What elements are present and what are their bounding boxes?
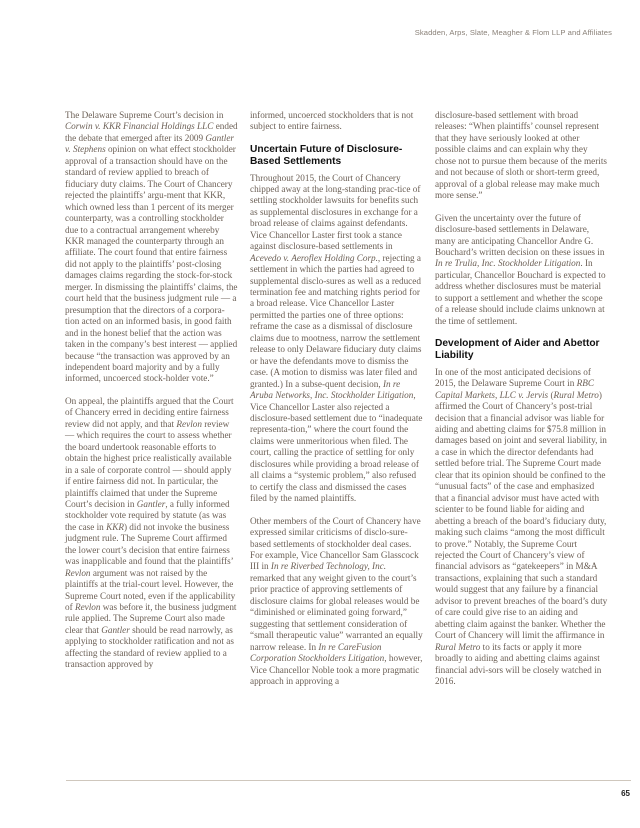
text-run: Given the uncertainty over the future of… <box>435 213 604 257</box>
text-run: Throughout 2015, the Court of Chancery c… <box>250 173 420 252</box>
text-run: opinion on what effect stockholder appro… <box>65 144 238 383</box>
paragraph: Throughout 2015, the Court of Chancery c… <box>250 173 423 505</box>
case-name: In re Trulia, Inc. Stockholder Litigatio… <box>435 258 580 268</box>
paragraph: disclosure-based settlement with broad r… <box>435 110 608 202</box>
case-name: In re Riverbed Technology, Inc. <box>271 561 386 571</box>
case-name: Rural Metro <box>554 390 599 400</box>
text-run: , rejecting a settlement in which the pa… <box>250 253 421 389</box>
article-body: The Delaware Supreme Court’s decision in… <box>65 110 621 698</box>
case-name: Rural Metro <box>435 642 480 652</box>
text-run: review — which requires the court to ass… <box>65 419 232 509</box>
paragraph: In one of the most anticipated decisions… <box>435 367 608 688</box>
case-name: Revlon <box>176 419 202 429</box>
section-heading: Development of Aider and Abettor Liabili… <box>435 338 608 362</box>
text-run: remarked that any weight given to the co… <box>250 573 423 652</box>
text-run: In one of the most anticipated decisions… <box>435 367 591 388</box>
case-name: KKR <box>106 522 124 532</box>
paragraph: Given the uncertainty over the future of… <box>435 213 608 328</box>
column-middle: informed, uncoerced stockholders that is… <box>250 110 423 698</box>
footer-divider <box>66 780 631 781</box>
column-right: disclosure-based settlement with broad r… <box>435 110 608 698</box>
case-name: Gantler <box>101 625 130 635</box>
case-name: Acevedo v. Aeroflex Holding Corp. <box>250 253 378 263</box>
paragraph: On appeal, the plaintiffs argued that th… <box>65 396 238 671</box>
text-run: The Delaware Supreme Court’s decision in <box>65 110 223 120</box>
case-name: Corwin v. KKR Financial Holdings LLC <box>65 121 213 131</box>
case-name: Gantler <box>137 499 166 509</box>
paragraph: informed, uncoerced stockholders that is… <box>250 110 423 133</box>
case-name: Revlon <box>75 602 101 612</box>
text-run: , Vice Chancellor Laster also rejected a… <box>250 390 422 503</box>
text-run: informed, uncoerced stockholders that is… <box>250 110 413 131</box>
paragraph: Other members of the Court of Chancery h… <box>250 516 423 688</box>
case-name: Revlon <box>65 568 91 578</box>
paragraph: The Delaware Supreme Court’s decision in… <box>65 110 238 385</box>
text-run: . In particular, Chancellor Bouchard is … <box>435 258 606 325</box>
running-header: Skadden, Arps, Slate, Meagher & Flom LLP… <box>415 28 612 37</box>
text-run: ) affirmed the Court of Chancery’s post-… <box>435 390 607 641</box>
text-run: disclosure-based settlement with broad r… <box>435 110 607 200</box>
section-heading: Uncertain Future of Disclosure-Based Set… <box>250 144 423 168</box>
page-number: 65 <box>621 789 630 798</box>
column-left: The Delaware Supreme Court’s decision in… <box>65 110 238 698</box>
